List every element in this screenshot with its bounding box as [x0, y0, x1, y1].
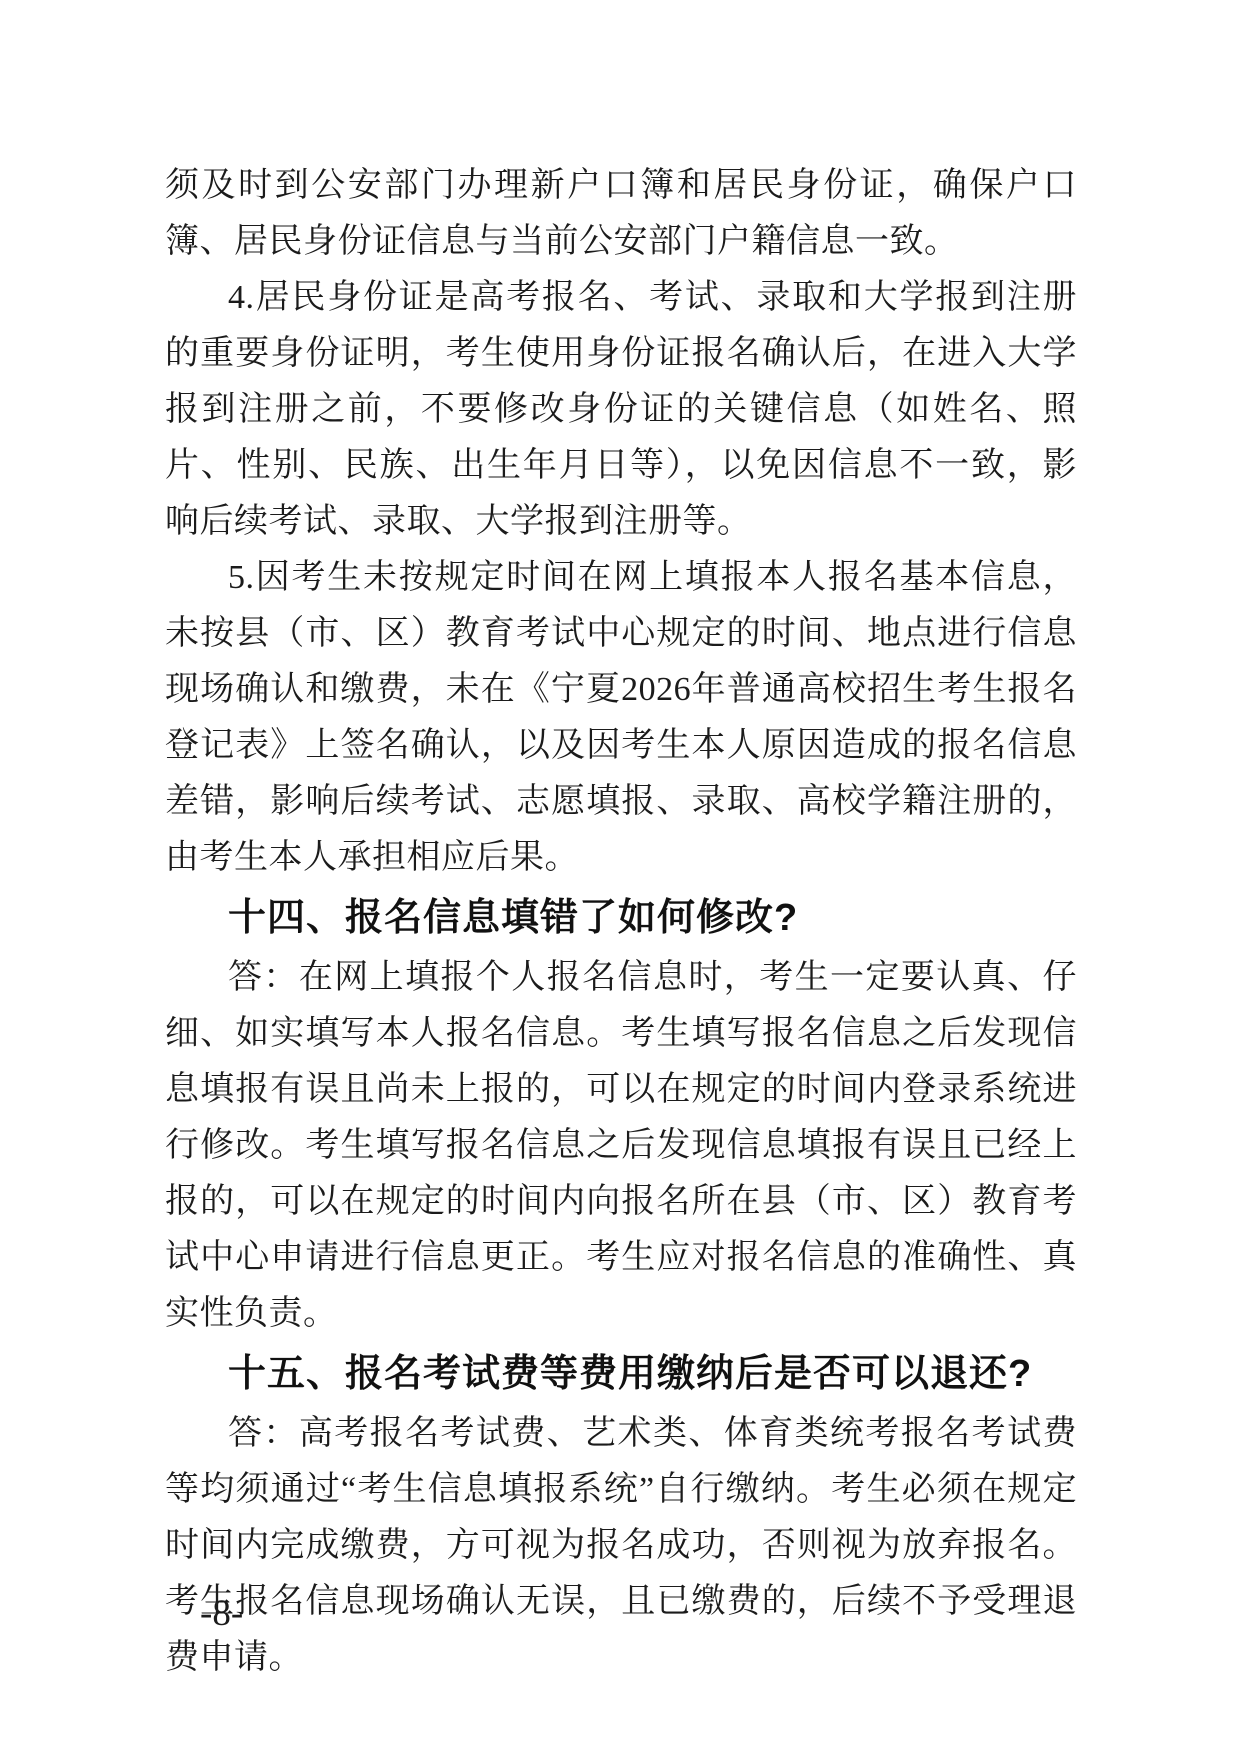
document-body: 须及时到公安部门办理新户口簿和居民身份证，确保户口簿、居民身份证信息与当前公安部… — [165, 158, 1077, 1686]
page-number: -8- — [200, 1593, 243, 1634]
page-footer: -8- — [200, 1592, 243, 1636]
paragraph-answer-14: 答：在网上填报个人报名信息时，考生一定要认真、仔细、如实填写本人报名信息。考生填… — [165, 950, 1077, 1342]
paragraph-continuation: 须及时到公安部门办理新户口簿和居民身份证，确保户口簿、居民身份证信息与当前公安部… — [165, 158, 1077, 270]
document-page: 须及时到公安部门办理新户口簿和居民身份证，确保户口簿、居民身份证信息与当前公安部… — [0, 0, 1240, 1754]
paragraph-item-4: 4.居民身份证是高考报名、考试、录取和大学报到注册的重要身份证明，考生使用身份证… — [165, 270, 1077, 550]
paragraph-answer-15: 答：高考报名考试费、艺术类、体育类统考报名考试费等均须通过“考生信息填报系统”自… — [165, 1406, 1077, 1686]
paragraph-item-5: 5.因考生未按规定时间在网上填报本人报名基本信息，未按县（市、区）教育考试中心规… — [165, 550, 1077, 886]
heading-question-14: 十四、报名信息填错了如何修改? — [165, 889, 1077, 947]
heading-question-15: 十五、报名考试费等费用缴纳后是否可以退还? — [165, 1345, 1077, 1403]
